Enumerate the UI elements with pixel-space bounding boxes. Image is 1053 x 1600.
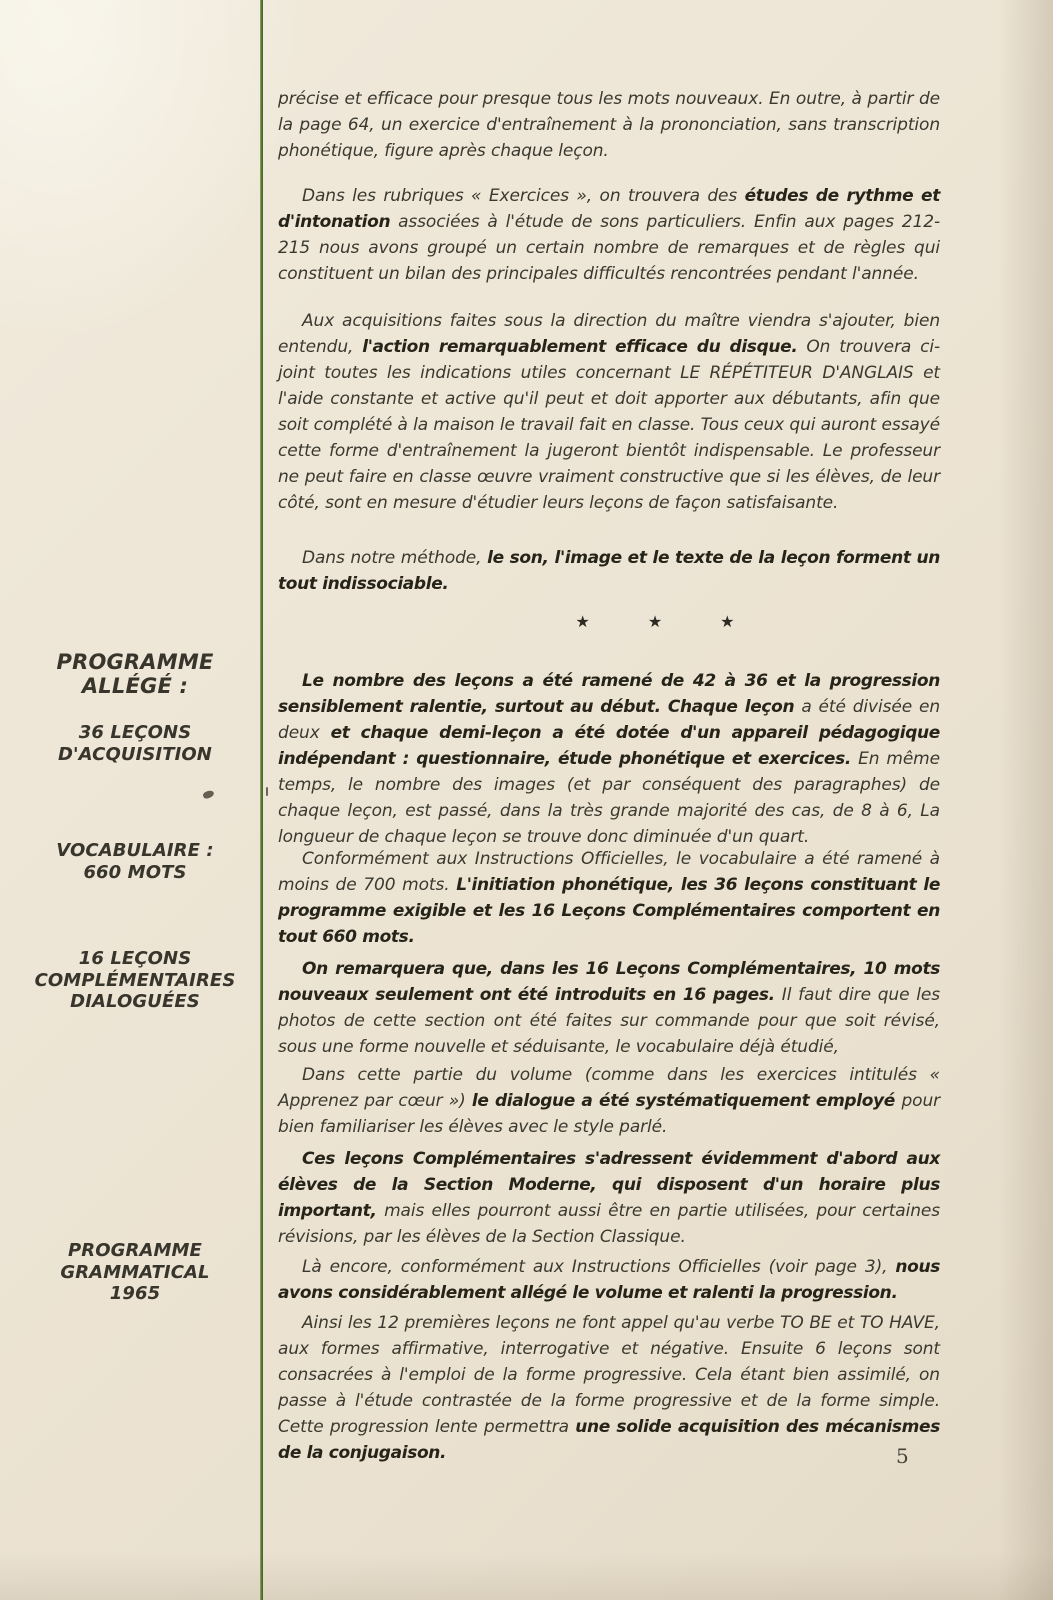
sidebar-heading-line: DIALOGUÉES <box>18 991 252 1013</box>
sidebar-heading-line: 16 LEÇONS <box>18 948 252 970</box>
sidebar-heading-16-lecons: 16 LEÇONS COMPLÉMENTAIRES DIALOGUÉES <box>18 948 252 1013</box>
body-paragraph: Dans notre méthode, le son, l'image et l… <box>278 545 940 597</box>
sidebar-heading-36-lecons: 36 LEÇONS D'ACQUISITION <box>18 722 252 765</box>
sidebar-heading-line: 36 LEÇONS <box>18 722 252 744</box>
ink-tick <box>266 787 268 796</box>
sidebar-heading-programme-grammatical: PROGRAMME GRAMMATICAL 1965 <box>18 1240 252 1305</box>
sidebar-heading-line: VOCABULAIRE : <box>18 840 252 862</box>
body-paragraph: Ces leçons Complémentaires s'adressent é… <box>278 1146 940 1250</box>
ink-smudge <box>202 789 215 800</box>
sidebar-heading-programme-allege: PROGRAMME ALLÉGÉ : <box>18 650 252 698</box>
sidebar-heading-vocabulaire: VOCABULAIRE : 660 MOTS <box>18 840 252 883</box>
sidebar-heading-line: PROGRAMME <box>18 1240 252 1262</box>
sidebar-heading-line: PROGRAMME <box>18 650 252 674</box>
paper-highlight <box>0 0 300 340</box>
body-paragraph: Dans les rubriques « Exercices », on tro… <box>278 183 940 287</box>
body-paragraph: Là encore, conformément aux Instructions… <box>278 1254 940 1306</box>
sidebar-heading-line: D'ACQUISITION <box>18 744 252 766</box>
body-paragraph: On remarquera que, dans les 16 Leçons Co… <box>278 956 940 1060</box>
paper-shadow-right <box>998 0 1053 1600</box>
vertical-rule <box>260 0 263 1600</box>
sidebar-heading-line: ALLÉGÉ : <box>18 674 252 698</box>
section-divider-stars: ★ ★ ★ <box>278 612 940 631</box>
sidebar-heading-line: 660 MOTS <box>18 862 252 884</box>
star-icon: ★ <box>648 612 662 631</box>
body-paragraph: Ainsi les 12 premières leçons ne font ap… <box>278 1310 940 1466</box>
body-paragraph: Le nombre des leçons a été ramené de 42 … <box>278 668 940 850</box>
paper-shadow-bottom <box>0 1552 1053 1600</box>
body-paragraph: précise et efficace pour presque tous le… <box>278 86 940 164</box>
star-icon: ★ <box>720 612 734 631</box>
body-paragraph: Dans cette partie du volume (comme dans … <box>278 1062 940 1140</box>
body-paragraph: Aux acquisitions faites sous la directio… <box>278 308 940 516</box>
sidebar-heading-line: 1965 <box>18 1283 252 1305</box>
page-number: 5 <box>896 1444 909 1468</box>
sidebar-heading-line: COMPLÉMENTAIRES <box>18 970 252 992</box>
star-icon: ★ <box>575 612 589 631</box>
book-page: précise et efficace pour presque tous le… <box>0 0 1053 1600</box>
body-paragraph: Conformément aux Instructions Officielle… <box>278 846 940 950</box>
sidebar-heading-line: GRAMMATICAL <box>18 1262 252 1284</box>
